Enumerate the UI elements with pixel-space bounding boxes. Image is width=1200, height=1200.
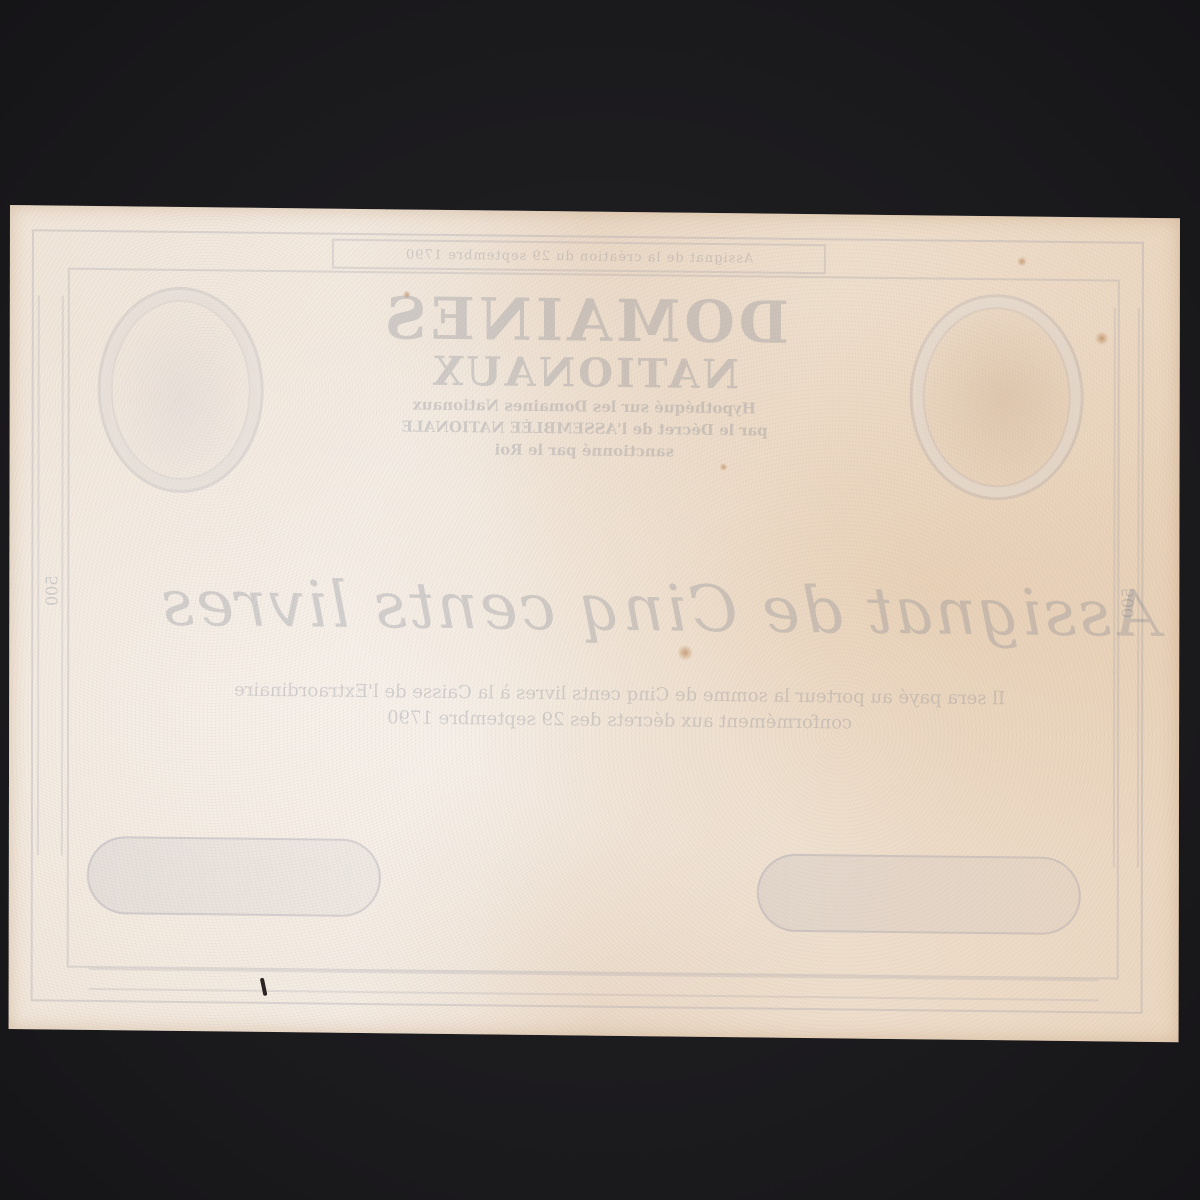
foxing-stain — [1017, 256, 1027, 266]
decree-block: Il sera payé au porteur la somme de Cinq… — [129, 676, 1109, 739]
right-signature-cartouche — [757, 853, 1081, 935]
right-medallion-seal — [910, 293, 1084, 501]
decree-line2: conformément aux décrets des 29 septembr… — [387, 705, 852, 736]
foxing-stain — [720, 463, 728, 471]
title-block: DOMAINES NATIONAUX Hypothéqué sur les Do… — [340, 287, 830, 465]
sub-line2: par le Décret de l'ASSEMBLÉE NATIONALE — [402, 415, 768, 441]
value-text: Assignat de Cinq cents livres — [159, 567, 1159, 652]
left-medallion-seal — [98, 286, 264, 494]
top-band-text: Assignat de la création du 29 septembre … — [405, 247, 753, 266]
top-band: Assignat de la création du 29 septembre … — [332, 239, 826, 275]
left-side-label: 500 — [39, 575, 61, 606]
banknote-paper: 500 500 Assignat de la création du 29 se… — [9, 205, 1180, 1042]
foxing-stain — [677, 645, 693, 661]
foxing-stain — [403, 290, 411, 298]
foxing-stain — [1095, 331, 1109, 345]
title-line1: DOMAINES — [381, 287, 789, 354]
value-line: Assignat de Cinq cents livres — [159, 567, 1059, 651]
title-line2: NATIONAUX — [430, 350, 739, 398]
sub-line3: sanctionné par le Roi — [495, 439, 674, 463]
left-signature-cartouche — [87, 836, 381, 917]
